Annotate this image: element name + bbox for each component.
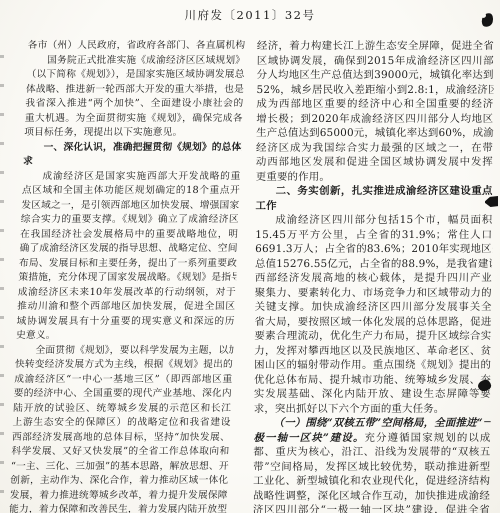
text-line: 各市（州）人民政府，省政府各部门、各直属机构： — [27, 39, 246, 54]
text-line: 我省深入推进“两个加快”、全面建设小康社会的 — [25, 97, 244, 112]
text-line: 创新，主动作为、深化合作，着力推动区域一体化 — [10, 474, 229, 489]
text-line: 发展，着力推进统筹城乡改革，着力提升发展保障 — [9, 489, 228, 504]
body-text: （以下简称《规划》），是国家实施区域协调发展总 — [26, 69, 244, 80]
body-text: 经济区成为我国综合实力最强的区域之一，在带 — [256, 142, 493, 154]
text-line: 科学发展、又好又快发展”的全省工作总体取向和 — [11, 445, 230, 460]
text-line: 增长极；到2020年成渝经济区四川部分人均地区 — [256, 112, 493, 127]
text-line: 生产总值达到65000元，城镇化率达到60%，成渝 — [256, 126, 493, 141]
body-text: 工业化、新型城镇化和农业现代化，促进经济结构 — [253, 475, 490, 487]
body-text: 创新，主动作为、深化合作，着力推动区域一体化 — [10, 475, 228, 486]
text-line: 综合实力的重要支撑。《规划》确立了成渝经济区 — [20, 213, 239, 228]
body-text: 都、重庆为核心，沿江、沿线为发展带的“双核五 — [253, 446, 490, 458]
body-text: 全面贯彻《规划》，要以科学发展为主题，以加 — [35, 345, 233, 356]
text-line: 在我国经济社会发展格局中的重要战略地位，明 — [20, 228, 239, 243]
text-line: 求 — [23, 155, 242, 170]
body-text: 发区域之一，是引领西部地区加快发展、增强国家 — [21, 200, 239, 211]
body-text: 实发展基础、深化内陆开放、建设生态屏障等要 — [254, 388, 491, 400]
body-text: 推动川渝和整个西部地区加快发展，促进全国区 — [17, 301, 235, 312]
text-line: 国务院正式批准实施《成渝经济区区域规划》 — [27, 54, 246, 69]
body-text: 充分遵循国家规划的以成 — [364, 432, 490, 444]
body-text: 要素合理流动，优化生产力布局，提升区域综合实 — [254, 330, 491, 342]
text-line: 成为西部地区重要的经济中心和全国重要的经济 — [256, 97, 493, 112]
body-text: 西部经济发展高地的总体目标，坚持“加快发展、 — [12, 432, 230, 443]
body-text: 布局、发展目标和主要任务，提出了一系列重要政 — [19, 258, 237, 269]
text-line: 带”空间格局，发挥区域比较优势，联动推进新型 — [253, 460, 490, 475]
body-text: 52%，城乡居民收入差距缩小到2.8:1，成渝经济区 — [257, 84, 494, 96]
body-text: 更重要的作用。 — [256, 171, 330, 183]
body-text: 战略性调整，深化区域合作互动，加快推进成渝经 — [253, 490, 490, 502]
text-line: 发区域之一，是引领西部地区加快发展、增强国家 — [21, 199, 240, 214]
body-text: 总值15276.55亿元，占全省的88.9%，是我省建设 — [255, 258, 492, 270]
text-line: 关键支撑。加快成渝经济区四川部分发展事关全 — [255, 300, 492, 315]
text-line: 策措施，充分体现了国家发展战略。《规划》是指导 — [18, 271, 237, 286]
text-line: 聚集力、要素转化力、市场竞争力和区域带动力的 — [255, 286, 492, 301]
body-text: 快转变经济发展方式为主线，根据《规划》提出的 — [15, 359, 233, 370]
body-text: 策措施，充分体现了国家发展战略。《规划》是指导 — [18, 272, 236, 283]
text-line: 动西部地区发展和促进全国区域协调发展中发挥 — [256, 155, 493, 170]
text-line: 西部经济发展高地的总体目标，坚持“加快发展、 — [12, 431, 231, 446]
text-line: 二、务实创新，扎实推进成渝经济区建设重点 — [256, 184, 493, 199]
text-line: 济区四川部分“一极一轴一区块”建设，促进全省 — [253, 503, 490, 513]
body-text: 优化总体布局、提升城市功能、统筹城乡发展、夯 — [254, 374, 491, 386]
body-text: 成渝经济区四川部分包括15个市，幅员面积 — [275, 214, 492, 226]
body-text: 生产总值达到65000元，城镇化率达到60%，成渝 — [256, 127, 493, 139]
body-text: 确了成渝经济区发展的指导思想、战略定位、空间 — [19, 243, 237, 254]
text-line: 成渝经济区是国家实施西部大开发战略的重 — [22, 170, 241, 185]
text-line: 更重要的作用。 — [256, 170, 493, 185]
text-line: 上游生态安全的保障区）的战略定位和我省建设 — [12, 416, 231, 431]
text-line: 陆开放的试验区、统筹城乡发展的示范区和长江 — [13, 402, 232, 417]
text-line: 15.45万平方公里，占全省的31.9%；常住人口 — [255, 228, 492, 243]
body-text: 15.45万平方公里，占全省的31.9%；常住人口 — [255, 229, 492, 241]
body-text: 困山区的辐射带动作用。重点围绕《规划》提出的 — [254, 359, 491, 371]
text-line: 点区域和全国主体功能区规划确定的18个重点开 — [22, 184, 241, 199]
body-text: 体战略、推进新一轮西部大开发的重大举措，也是 — [26, 84, 244, 95]
left-column: 各市（州）人民政府，省政府各部门、各直属机构：国务院正式批准实施《成渝经济区区域… — [9, 39, 246, 513]
body-text: 经济，着力构建长江上游生态安全屏障，促进全省 — [257, 40, 494, 52]
text-line: 要的经济中心、全国重要的现代产业基地、深化内 — [13, 387, 232, 402]
body-text: 求，突出抓好以下六个方面的重大任务。 — [254, 403, 445, 415]
body-text: 动西部地区发展和促进全国区域协调发展中发挥 — [256, 156, 493, 168]
text-line: 布局、发展目标和主要任务，提出了一系列重要政 — [19, 257, 238, 272]
body-text: 国务院正式批准实施《成渝经济区区域规划》 — [47, 55, 245, 66]
text-line: 工业化、新型城镇化和农业现代化，促进经济结构 — [253, 474, 490, 489]
text-line: 极一轴一区块”建设。充分遵循国家规划的以成 — [253, 431, 490, 446]
body-text: 发展，着力推进统筹城乡改革，着力提升发展保障 — [9, 490, 227, 501]
text-line: 优化总体布局、提升城市功能、统筹城乡发展、夯 — [254, 373, 491, 388]
body-text: 增长极；到2020年成渝经济区四川部分人均地区 — [256, 113, 493, 125]
body-text: 域协调发展具有十分重要的现实意义和深远的历 — [16, 316, 234, 327]
text-line: 史意义。 — [16, 329, 235, 344]
text-line: 重大机遇。为全面贯彻实施《规划》，确保完成各 — [25, 112, 244, 127]
body-text: 各市（州）人民政府，省政府各部门、各直属机构： — [28, 40, 246, 51]
body-text: 6691.3万人；占全省的83.6%；2010年实现地区生产 — [255, 243, 492, 255]
scanned-document-page: 川府发〔2011〕32号 各市（州）人民政府，省政府各部门、各直属机构：国务院正… — [0, 0, 500, 513]
body-text: 西部经济发展高地的核心载体，是提升四川产业 — [255, 272, 492, 284]
text-line: 推动川渝和整个西部地区加快发展，促进全国区 — [17, 300, 236, 315]
text-line: 实发展基础、深化内陆开放、建设生态屏障等要 — [254, 387, 491, 402]
text-line: 域协调发展具有十分重要的现实意义和深远的历 — [16, 315, 235, 330]
text-line: 成渝经济区未来10年发展改革的行动纲领，对于 — [18, 286, 237, 301]
text-line: 体战略、推进新一轮西部大开发的重大举措，也是 — [26, 83, 245, 98]
body-text: 带”空间格局，发挥区域比较优势，联动推进新型 — [253, 461, 490, 473]
heading-text: 求 — [23, 156, 33, 167]
text-line: 都、重庆为核心，沿江、沿线为发展带的“双核五 — [253, 445, 490, 460]
text-line: 区域协调发展，确保到2015年成渝经济区四川部 — [257, 54, 494, 69]
body-text: “一主、三化、三加强”的基本思路，解放思想、开拓 — [11, 461, 229, 472]
text-line: （以下简称《规划》），是国家实施区域协调发展总 — [26, 68, 245, 83]
body-text: 聚集力、要素转化力、市场竞争力和区域带动力的 — [255, 287, 492, 299]
text-line: 全面贯彻《规划》，要以科学发展为主题，以加 — [15, 344, 234, 359]
text-line: 成渝经济区四川部分包括15个市，幅员面积 — [255, 213, 492, 228]
text-line: 成渝经济区“一中心一基地三区”（即西部地区重 — [14, 373, 233, 388]
text-line: 西部经济发展高地的核心载体，是提升四川产业 — [255, 271, 492, 286]
text-line: 6691.3万人；占全省的83.6%；2010年实现地区生产 — [255, 242, 492, 257]
text-line: 一、深化认识，准确把握贯彻《规划》的总体要 — [23, 141, 242, 156]
document-number: 川府发〔2011〕32号 — [0, 7, 500, 23]
text-line: 52%，城乡居民收入差距缩小到2.8:1，成渝经济区 — [256, 83, 493, 98]
text-line: （一）围绕“双核五带”空间格局，全面推进“一 — [254, 416, 491, 431]
heading-text: 工作 — [255, 200, 276, 212]
body-text: 要的经济中心、全国重要的现代产业基地、深化内 — [14, 388, 232, 399]
body-text: 重大机遇。为全面贯彻实施《规划》，确保完成各 — [25, 113, 243, 124]
body-text: 上游生态安全的保障区）的战略定位和我省建设 — [12, 417, 230, 428]
text-line: 能力，着力保障和改善民生，着力发展内陆开放型 — [9, 503, 228, 513]
heading-text: 一、深化认识，准确把握贯彻《规划》的总体要 — [43, 142, 241, 153]
text-line: 要素合理流动，优化生产力布局，提升区域综合实 — [254, 329, 491, 344]
text-line: 求，突出抓好以下六个方面的重大任务。 — [254, 402, 491, 417]
right-column: 经济，着力构建长江上游生态安全屏障，促进全省区域协调发展，确保到2015年成渝经… — [253, 39, 494, 513]
emphasis-text: （一）围绕“双核五带”空间格局，全面推进“一 — [274, 417, 491, 429]
body-text: 成渝经济区未来10年发展改革的行动纲领，对于 — [18, 287, 236, 298]
text-line: 战略性调整，深化区域合作互动，加快推进成渝经 — [253, 489, 490, 504]
body-text: 我省深入推进“两个加快”、全面建设小康社会的 — [25, 98, 243, 109]
text-line: 确了成渝经济区发展的指导思想、战略定位、空间 — [19, 242, 238, 257]
body-text: 力，发挥对攀西地区以及民族地区、革命老区、贫 — [254, 345, 491, 357]
body-text: 成渝经济区“一中心一基地三区”（即西部地区重 — [14, 374, 232, 385]
body-text: 在我国经济社会发展格局中的重要战略地位，明 — [20, 229, 238, 240]
body-text: 项目标任务，现提出以下实施意见。 — [24, 127, 183, 138]
body-text: 关键支撑。加快成渝经济区四川部分发展事关全 — [255, 301, 492, 313]
text-line: 项目标任务，现提出以下实施意见。 — [24, 126, 243, 141]
body-text: 能力，着力保障和改善民生，着力发展内陆开放型 — [9, 504, 227, 513]
body-text: 分人均地区生产总值达到39000元，城镇化率达到 — [257, 69, 494, 81]
text-line: 工作 — [255, 199, 492, 214]
body-text: 陆开放的试验区、统筹城乡发展的示范区和长江 — [13, 403, 231, 414]
text-line: 省大局，要按照区域一体化发展的总体思路，促进 — [254, 315, 491, 330]
text-line: 快转变经济发展方式为主线，根据《规划》提出的 — [15, 358, 234, 373]
text-line: 困山区的辐射带动作用。重点围绕《规划》提出的 — [254, 358, 491, 373]
text-line: 总值15276.55亿元，占全省的88.9%，是我省建设 — [255, 257, 492, 272]
body-text: 区域协调发展，确保到2015年成渝经济区四川部 — [257, 55, 494, 67]
scan-edge-artifacts — [0, 46, 4, 506]
heading-text: 二、务实创新，扎实推进成渝经济区建设重点 — [276, 185, 493, 197]
text-line: 分人均地区生产总值达到39000元，城镇化率达到 — [257, 68, 494, 83]
ink-blot-top-right — [480, 12, 494, 28]
body-text: 点区域和全国主体功能区规划确定的18个重点开 — [22, 185, 240, 196]
emphasis-text: 极一轴一区块”建设。 — [253, 432, 364, 444]
body-text: 省大局，要按照区域一体化发展的总体思路，促进 — [254, 316, 491, 328]
body-text: 科学发展、又好又快发展”的全省工作总体取向和 — [11, 446, 229, 457]
text-line: 力，发挥对攀西地区以及民族地区、革命老区、贫 — [254, 344, 491, 359]
body-text: 史意义。 — [16, 330, 56, 341]
text-line: 经济，着力构建长江上游生态安全屏障，促进全省 — [257, 39, 494, 54]
body-text: 济区四川部分“一极一轴一区块”建设，促进全省 — [253, 504, 490, 513]
body-text: 综合实力的重要支撑。《规划》确立了成渝经济区 — [21, 214, 239, 225]
text-line: 经济区成为我国综合实力最强的区域之一，在带 — [256, 141, 493, 156]
body-text: 成为西部地区重要的经济中心和全国重要的经济 — [256, 98, 493, 110]
body-text: 成渝经济区是国家实施西部大开发战略的重 — [42, 171, 240, 182]
text-line: “一主、三化、三加强”的基本思路，解放思想、开拓 — [11, 460, 230, 475]
